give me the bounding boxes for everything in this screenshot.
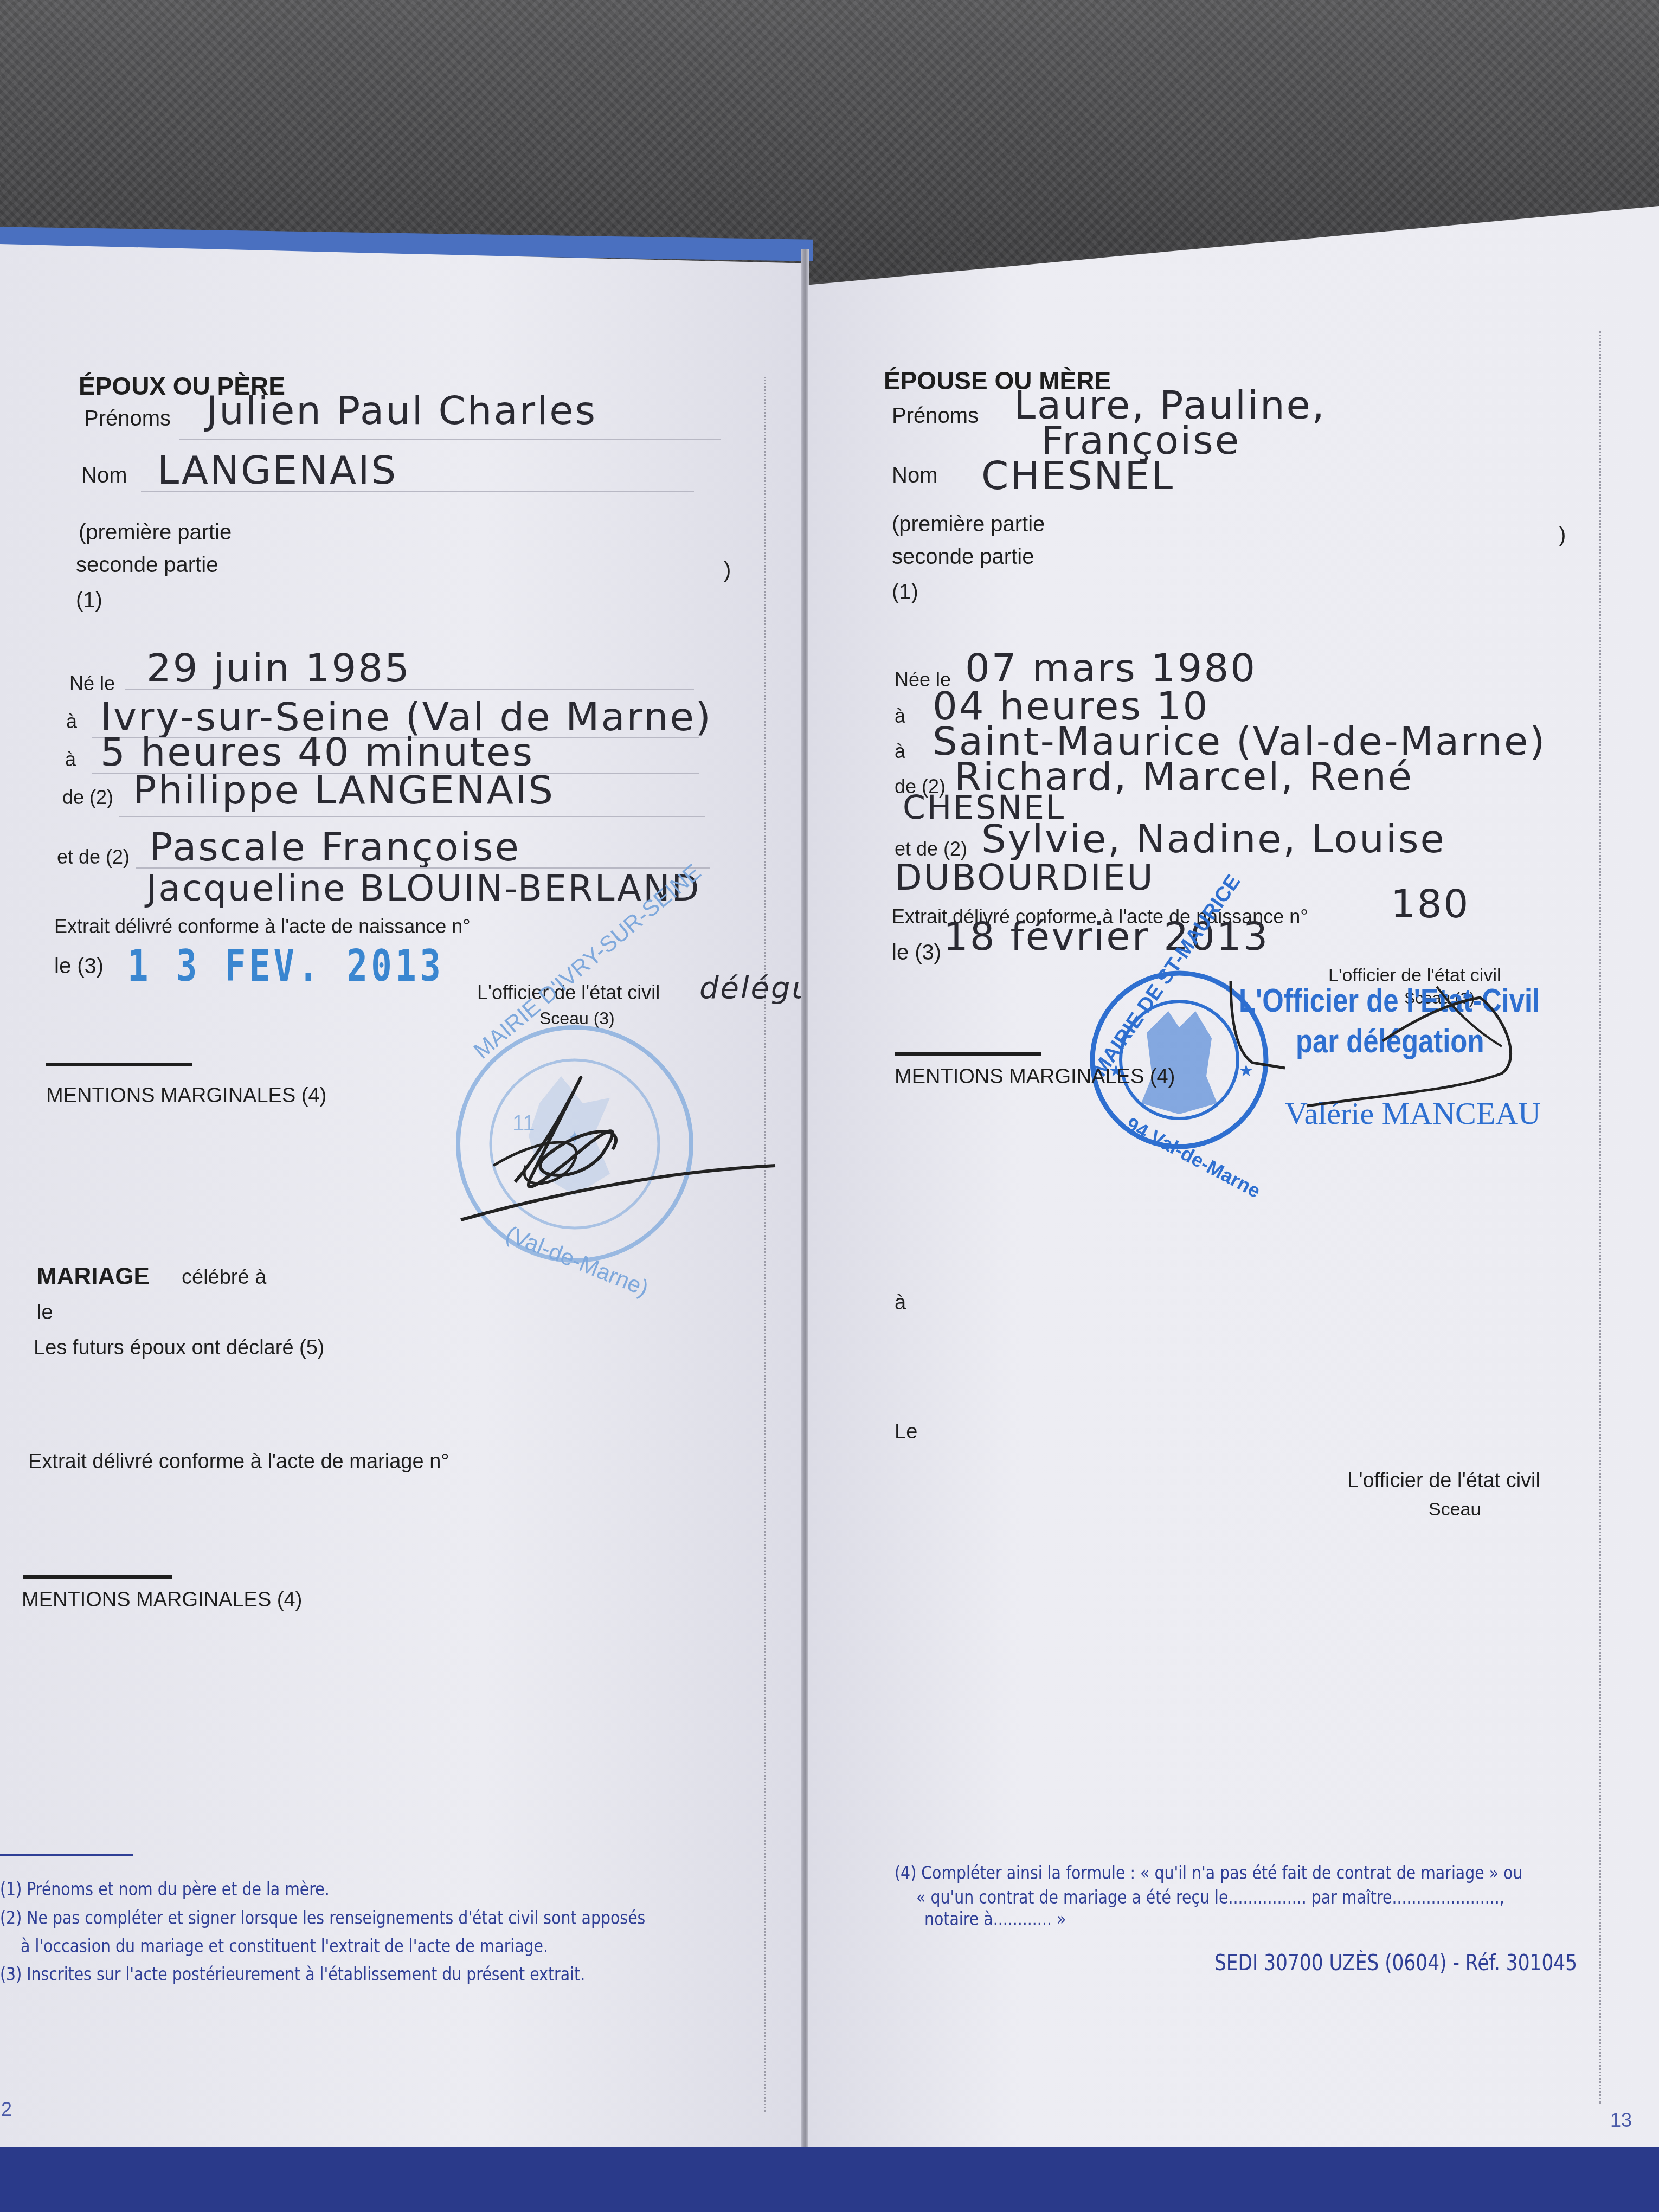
cover-bottom (0, 2147, 1659, 2212)
note-ref-1: (1) (76, 588, 102, 613)
et-de-label: et de (2) (57, 846, 130, 869)
le-label: le (3) (54, 954, 104, 979)
le-label: le (3) (892, 941, 941, 965)
ne-le-line (125, 689, 694, 690)
date-stamp: 1 3 FEV. 2013 (127, 941, 444, 991)
sceau2-label: Sceau (1429, 1499, 1481, 1520)
premiere-partie-label: (première partie (892, 512, 1045, 537)
futurs-epoux-label: Les futurs époux ont déclaré (5) (34, 1336, 325, 1360)
celebre-label: célébré à (182, 1266, 266, 1289)
ne-le-value: 29 juin 1985 (146, 645, 411, 691)
prenoms-line (179, 439, 721, 440)
prenoms-label: Prénoms (84, 407, 171, 431)
mariage-label: MARIAGE (37, 1263, 150, 1290)
right-page-frame (840, 331, 1601, 2104)
footnote-4-line1: (4) Compléter ainsi la formule : « qu'il… (895, 1862, 1522, 1883)
et-de-value-line1: Sylvie, Nadine, Louise (981, 816, 1446, 861)
nom-value: CHESNEL (981, 453, 1174, 498)
de-value: Philippe LANGENAIS (133, 767, 555, 813)
page-number-right: 13 (1610, 2109, 1632, 2132)
nom-label: Nom (81, 464, 127, 488)
seconde-partie-close: ) (724, 558, 731, 583)
footnote-3: (3) Inscrites sur l'acte postérieurement… (0, 1964, 585, 1985)
mariage-a-label: à (895, 1291, 906, 1315)
prenoms-label: Prénoms (892, 404, 979, 428)
signature-icon (450, 1057, 786, 1231)
printer-ref: SEDI 30700 UZÈS (0604) - Réf. 301045 (1214, 1951, 1577, 1976)
footnote-4-line2: « qu'un contrat de mariage a été reçu le… (916, 1887, 1504, 1908)
extrait-mariage-label: Extrait délivré conforme à l'acte de mar… (28, 1450, 449, 1474)
extrait-naissance-label: Extrait délivré conforme à l'acte de nai… (54, 915, 471, 938)
footnote-2: (2) Ne pas compléter et signer lorsque l… (0, 1907, 645, 1928)
footnote-2-cont: à l'occasion du mariage et constituent l… (21, 1935, 548, 1957)
a1-label: à (66, 710, 77, 733)
mentions-divider (46, 1063, 192, 1066)
nom-label: Nom (892, 464, 937, 488)
premiere-partie-close: ) (1559, 523, 1566, 548)
mentions2-divider (23, 1575, 172, 1579)
seconde-partie-label: seconde partie (892, 545, 1034, 569)
page-number-left: 2 (1, 2098, 12, 2121)
a2-label: à (65, 748, 76, 771)
a1-label: à (895, 705, 905, 728)
et-de-value-line2: DUBOURDIEU (895, 857, 1155, 898)
book-spine (801, 249, 809, 2179)
note-ref-1: (1) (892, 580, 918, 605)
seconde-partie-label: seconde partie (76, 553, 218, 577)
nom-line (141, 491, 694, 492)
nom-value: LANGENAIS (157, 447, 397, 493)
right-page: ÉPOUSE OU MÈRE Prénoms Laure, Pauline, F… (808, 206, 1659, 2179)
footnote-4-line3: notaire à............ » (924, 1908, 1066, 1930)
left-page: ÉPOUX OU PÈRE Prénoms Julien Paul Charle… (0, 244, 802, 2174)
footnotes-divider (0, 1854, 133, 1856)
et-de-value-line2: Jacqueline BLOUIN-BERLAND (146, 867, 700, 909)
le-value: 18 février 2013 (943, 914, 1269, 959)
officier2-label: L'officier de l'état civil (1347, 1469, 1540, 1493)
mentions-label: MENTIONS MARGINALES (4) (895, 1065, 1175, 1089)
mentions-label: MENTIONS MARGINALES (4) (46, 1084, 326, 1108)
ne-le-label: Né le (69, 672, 115, 695)
signature-icon (1220, 976, 1610, 1106)
extrait-naissance-value: 180 (1391, 881, 1470, 927)
prenoms-value: Julien Paul Charles (206, 388, 597, 433)
mariage-le-label: le (37, 1301, 53, 1324)
mentions2-label: MENTIONS MARGINALES (4) (22, 1589, 302, 1612)
footnote-1: (1) Prénoms et nom du père et de la mère… (0, 1879, 330, 1900)
mentions-divider (895, 1052, 1041, 1056)
de-line (119, 816, 705, 817)
premiere-partie-label: (première partie (79, 520, 232, 545)
de-label: de (2) (62, 786, 113, 809)
et-de-value-line1: Pascale Françoise (149, 824, 520, 870)
a2-label: à (895, 740, 905, 763)
mariage-le-label: Le (895, 1420, 917, 1444)
